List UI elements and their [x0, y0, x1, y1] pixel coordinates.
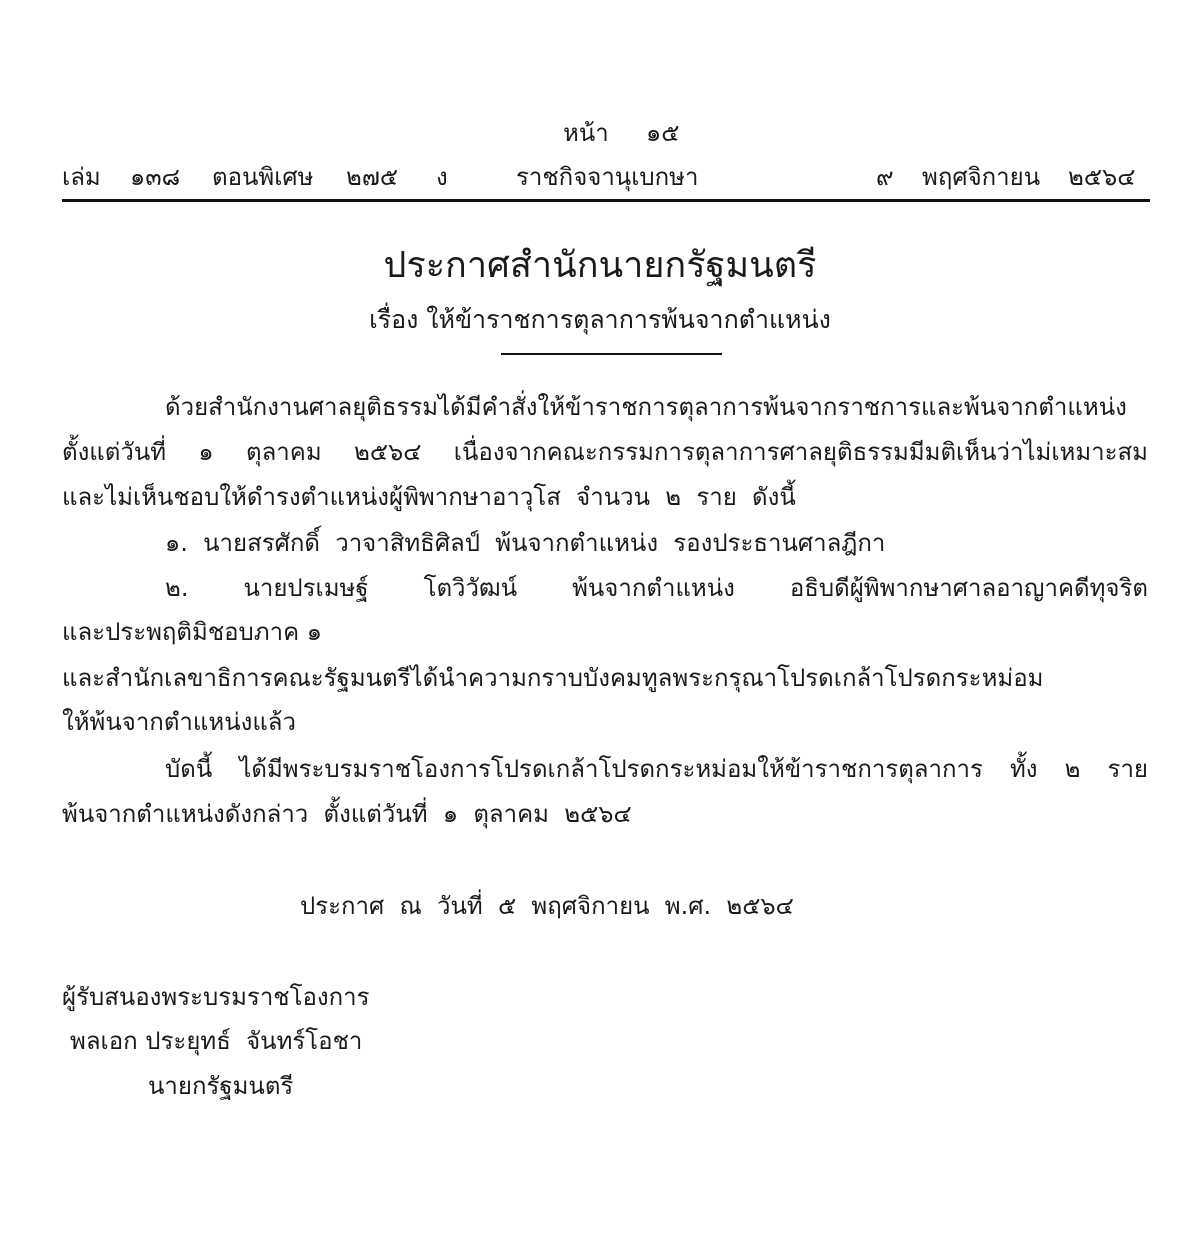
text-segment: โตวิวัฒน์: [424, 573, 518, 603]
text-segment: บัดนี้: [165, 754, 212, 784]
para1-line1: ด้วยสำนักงานศาลยุติธรรมได้มีคำสั่งให้ข้า…: [165, 392, 1127, 422]
page-number: ๑๕: [646, 119, 679, 147]
page-number-block: หน้า ๑๕: [563, 118, 679, 148]
issue-label: ตอนพิเศษ: [212, 162, 313, 192]
issue-section: ง: [436, 162, 448, 192]
title-rule: [501, 353, 722, 355]
publication-name: ราชกิจจานุเบกษา: [516, 162, 698, 192]
issue-number: ๒๗๕: [346, 162, 398, 192]
date-day: ๙: [876, 162, 894, 192]
para1-line2: ตั้งแต่วันที่ ๑ ตุลาคม ๒๕๖๔ เนื่องจากคณะ…: [62, 437, 1148, 467]
signatory-name: พลเอก ประยุทธ์ จันทร์โอชา: [70, 1026, 362, 1056]
text-segment: ทั้ง: [1010, 754, 1038, 784]
item-2-line2: และประพฤติมิชอบภาค ๑: [62, 617, 322, 647]
item-2-line1: ๒. นายปรเมษฐ์ โตวิวัฒน์ พ้นจากตำแหน่ง อธ…: [165, 573, 1148, 603]
text-segment: ตุลาคม: [246, 437, 322, 467]
date-month: พฤศจิกายน: [922, 162, 1040, 192]
text-segment: พ้นจากตำแหน่ง: [572, 573, 735, 603]
para2-line1: และสำนักเลขาธิการคณะรัฐมนตรีได้นำความกรา…: [62, 663, 1043, 693]
page-label: หน้า: [563, 119, 609, 147]
text-segment: ราย: [1108, 754, 1148, 784]
announcement-date: ประกาศ ณ วันที่ ๕ พฤศจิกายน พ.ศ. ๒๕๖๔: [300, 891, 794, 921]
document-title: ประกาศสำนักนายกรัฐมนตรี: [0, 244, 1200, 288]
text-segment: อธิบดีผู้พิพากษาศาลอาญาคดีทุจริต: [790, 573, 1148, 603]
date-year: ๒๕๖๔: [1068, 162, 1135, 192]
text-segment: ตั้งแต่วันที่: [62, 437, 166, 467]
signatory-position: นายกรัฐมนตรี: [148, 1071, 293, 1101]
text-segment: ๑: [198, 437, 213, 467]
text-segment: ๒.: [165, 573, 188, 603]
para2-line2: ให้พ้นจากตำแหน่งแล้ว: [62, 707, 296, 737]
document-subject: เรื่อง ให้ข้าราชการตุลาการพ้นจากตำแหน่ง: [0, 304, 1200, 336]
item-1: ๑. นายสรศักดิ์ วาจาสิทธิศิลป์ พ้นจากตำแห…: [165, 528, 885, 558]
para1-line3: และไม่เห็นชอบให้ดำรงตำแหน่งผู้พิพากษาอาว…: [62, 482, 796, 512]
para3-line1: บัดนี้ ได้มีพระบรมราชโองการโปรดเกล้าโปรด…: [165, 754, 1148, 784]
gazette-page: หน้า ๑๕ เล่ม ๑๓๘ ตอนพิเศษ ๒๗๕ ง ราชกิจจา…: [0, 0, 1200, 1239]
text-segment: ๒: [1065, 754, 1081, 784]
text-segment: ได้มีพระบรมราชโองการโปรดเกล้าโปรดกระหม่อ…: [239, 754, 983, 784]
text-segment: นายปรเมษฐ์: [243, 573, 368, 603]
volume-number: ๑๓๘: [130, 162, 180, 192]
text-segment: ๒๕๖๔: [354, 437, 421, 467]
volume-label: เล่ม: [62, 162, 101, 192]
countersign-label: ผู้รับสนองพระบรมราชโองการ: [62, 982, 370, 1012]
header-rule: [62, 199, 1150, 202]
text-segment: เนื่องจากคณะกรรมการตุลาการศาลยุติธรรมมีม…: [454, 437, 1148, 467]
para3-line2: พ้นจากตำแหน่งดังกล่าว ตั้งแต่วันที่ ๑ ตุ…: [62, 799, 632, 829]
